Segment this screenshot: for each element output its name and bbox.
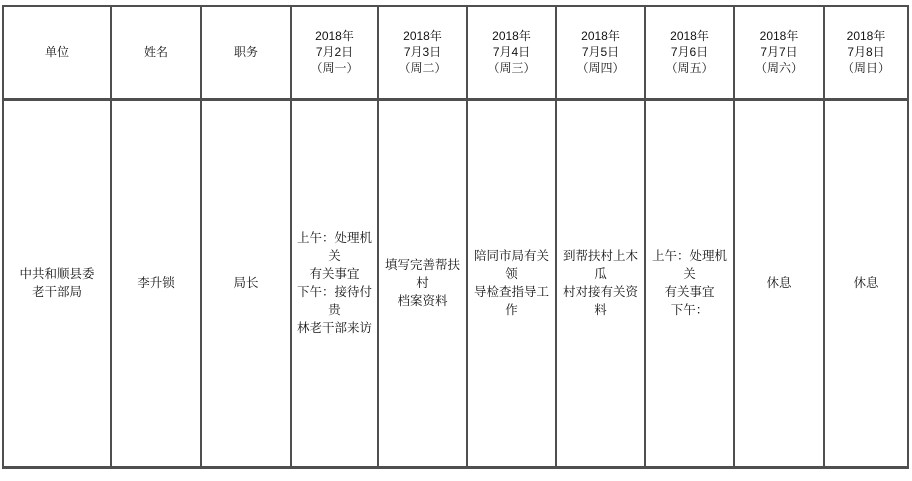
header-cell-date-jul4-wed: 2018年 7月4日 （周三） <box>467 6 556 99</box>
header-cell-date-jul2-mon: 2018年 7月2日 （周一） <box>291 6 378 99</box>
header-cell-date-jul7-sat: 2018年 7月7日 （周六） <box>734 6 824 99</box>
cell-schedule-jul3-tue: 填写完善帮扶村 档案资料 <box>378 99 467 467</box>
header-cell-date-jul8-sun: 2018年 7月8日 （周日） <box>824 6 908 99</box>
cell-schedule-jul5-thu: 到帮扶村上木瓜 村对接有关资料 <box>556 99 645 467</box>
cell-unit: 中共和顺县委 老干部局 <box>3 99 111 467</box>
weekly-schedule-table: 单位 姓名 职务 2018年 7月2日 （周一） 2018年 7月3日 （周二）… <box>2 5 909 469</box>
cell-schedule-jul2-mon: 上午：处理机关 有关事宜 下午：接待付贵 林老干部来访 <box>291 99 378 467</box>
header-cell-position: 职务 <box>201 6 291 99</box>
cell-schedule-jul4-wed: 陪同市局有关领 导检查指导工作 <box>467 99 556 467</box>
header-cell-date-jul6-fri: 2018年 7月6日 （周五） <box>645 6 734 99</box>
schedule-table-container: 单位 姓名 职务 2018年 7月2日 （周一） 2018年 7月3日 （周二）… <box>2 5 909 469</box>
cell-schedule-jul6-fri: 上午：处理机关 有关事宜 下午： <box>645 99 734 467</box>
cell-schedule-jul7-sat: 休息 <box>734 99 824 467</box>
schedule-row: 中共和顺县委 老干部局 李升锁 局长 上午：处理机关 有关事宜 下午：接待付贵 … <box>3 99 908 467</box>
header-cell-date-jul5-thu: 2018年 7月5日 （周四） <box>556 6 645 99</box>
header-cell-date-jul3-tue: 2018年 7月3日 （周二） <box>378 6 467 99</box>
header-row: 单位 姓名 职务 2018年 7月2日 （周一） 2018年 7月3日 （周二）… <box>3 6 908 99</box>
cell-schedule-jul8-sun: 休息 <box>824 99 908 467</box>
cell-position: 局长 <box>201 99 291 467</box>
header-cell-name: 姓名 <box>111 6 201 99</box>
header-cell-unit: 单位 <box>3 6 111 99</box>
cell-name: 李升锁 <box>111 99 201 467</box>
